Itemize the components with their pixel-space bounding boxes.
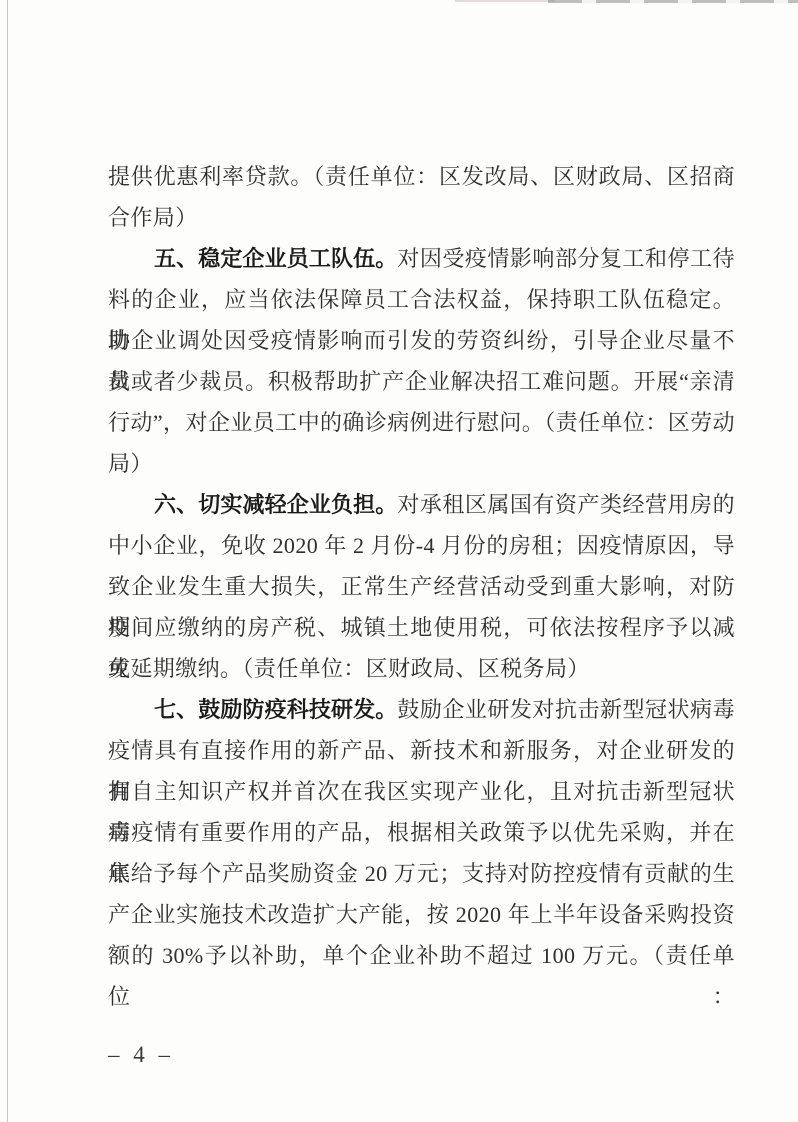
body-text: 产企业实施技术改造扩大产能，按 2020 年上半年设备采购投资 <box>108 902 735 927</box>
text-line: 员或者少裁员。积极帮助扩产企业解决招工难问题。开展“亲清 <box>108 361 735 402</box>
text-line: 料的企业，应当依法保障员工合法权益，保持职工队伍稳定。协 <box>108 279 735 320</box>
body-text: 对承租区属国有资产类经营用房的 <box>397 492 735 517</box>
text-line: 提供优惠利率贷款。（责任单位：区发改局、区财政局、区招商 <box>108 156 735 197</box>
scan-edge-artifact-top-faint <box>455 0 555 2</box>
body-text: 或延期缴纳。（责任单位：区财政局、区税务局） <box>108 656 590 681</box>
text-line: 助企业调处因受疫情影响而引发的劳资纠纷，引导企业尽量不裁 <box>108 320 735 361</box>
text-line: 额的 30%予以补助，单个企业补助不超过 100 万元。（责任单位： <box>108 935 735 976</box>
body-text: 合作局） <box>108 205 198 230</box>
page-number: – 4 – <box>108 1040 174 1070</box>
text-line: 行动”，对企业员工中的确诊病例进行慰问。（责任单位：区劳动 <box>108 402 735 443</box>
scan-edge-line-left <box>7 0 8 1122</box>
document-body: 提供优惠利率贷款。（责任单位：区发改局、区财政局、区招商合作局）五、稳定企业员工… <box>108 156 735 976</box>
text-line: 五、稳定企业员工队伍。对因受疫情影响部分复工和停工待 <box>108 238 735 279</box>
body-text: 底给予每个产品奖励资金 20 万元；支持对防控疫情有贡献的生 <box>108 861 735 886</box>
section-heading-text: 七、鼓励防疫科技研发。 <box>154 697 397 722</box>
body-text: 中小企业，免收 2020 年 2 月份-4 月份的房租；因疫情原因，导 <box>108 533 735 558</box>
section-heading-text: 六、切实减轻企业负担。 <box>154 492 397 517</box>
text-line: 底给予每个产品奖励资金 20 万元；支持对防控疫情有贡献的生 <box>108 853 735 894</box>
body-text: 员或者少裁员。积极帮助扩产企业解决招工难问题。开展“亲清 <box>108 369 735 394</box>
body-text: 对因受疫情影响部分复工和停工待 <box>397 246 735 271</box>
body-text: 行动”，对企业员工中的确诊病例进行慰问。（责任单位：区劳动 <box>108 410 735 435</box>
text-line: 或延期缴纳。（责任单位：区财政局、区税务局） <box>108 648 735 689</box>
text-line: 合作局） <box>108 197 735 238</box>
scan-edge-artifact-top-dark <box>548 0 798 3</box>
body-text: 局） <box>108 451 153 476</box>
body-text: 额的 30%予以补助，单个企业补助不超过 100 万元。（责任单位： <box>108 943 735 1009</box>
document-page: 提供优惠利率贷款。（责任单位：区发改局、区财政局、区招商合作局）五、稳定企业员工… <box>0 0 798 1122</box>
text-line: 局） <box>108 443 735 484</box>
body-text: 提供优惠利率贷款。（责任单位：区发改局、区财政局、区招商 <box>108 164 735 189</box>
text-line: 中小企业，免收 2020 年 2 月份-4 月份的房租；因疫情原因，导 <box>108 525 735 566</box>
text-line: 期间应缴纳的房产税、城镇土地使用税，可依法按程序予以减免 <box>108 607 735 648</box>
section-heading-text: 五、稳定企业员工队伍。 <box>154 246 397 271</box>
text-line: 疫情具有直接作用的新产品、新技术和新服务，对企业研发的拥 <box>108 730 735 771</box>
text-line: 产企业实施技术改造扩大产能，按 2020 年上半年设备采购投资 <box>108 894 735 935</box>
text-line: 七、鼓励防疫科技研发。鼓励企业研发对抗击新型冠状病毒 <box>108 689 735 730</box>
text-line: 毒疫情有重要作用的产品，根据相关政策予以优先采购，并在年 <box>108 812 735 853</box>
text-line: 六、切实减轻企业负担。对承租区属国有资产类经营用房的 <box>108 484 735 525</box>
text-line: 有自主知识产权并首次在我区实现产业化，且对抗击新型冠状病 <box>108 771 735 812</box>
text-line: 致企业发生重大损失，正常生产经营活动受到重大影响，对防疫 <box>108 566 735 607</box>
body-text: 鼓励企业研发对抗击新型冠状病毒 <box>397 697 735 722</box>
